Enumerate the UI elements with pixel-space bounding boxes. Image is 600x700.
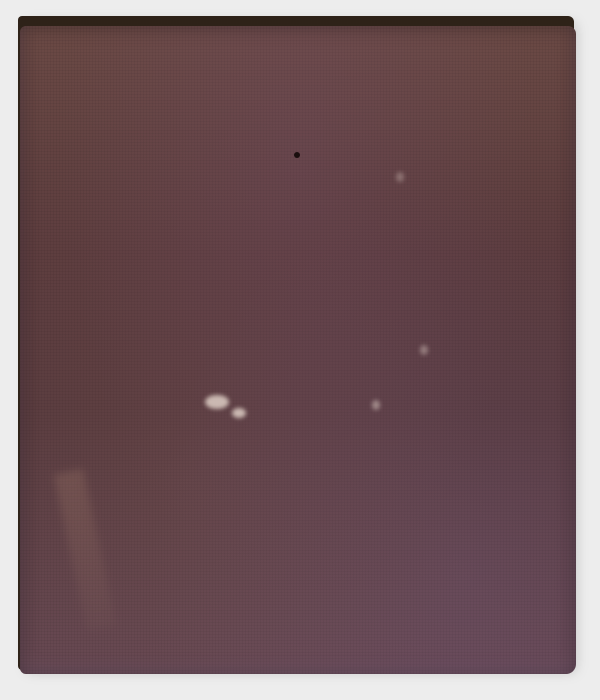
small-hole — [294, 152, 300, 158]
worn-spot — [396, 172, 404, 182]
worn-spot — [205, 395, 229, 409]
worn-spot — [420, 345, 428, 355]
worn-spot — [372, 400, 380, 410]
worn-spot — [232, 408, 246, 418]
